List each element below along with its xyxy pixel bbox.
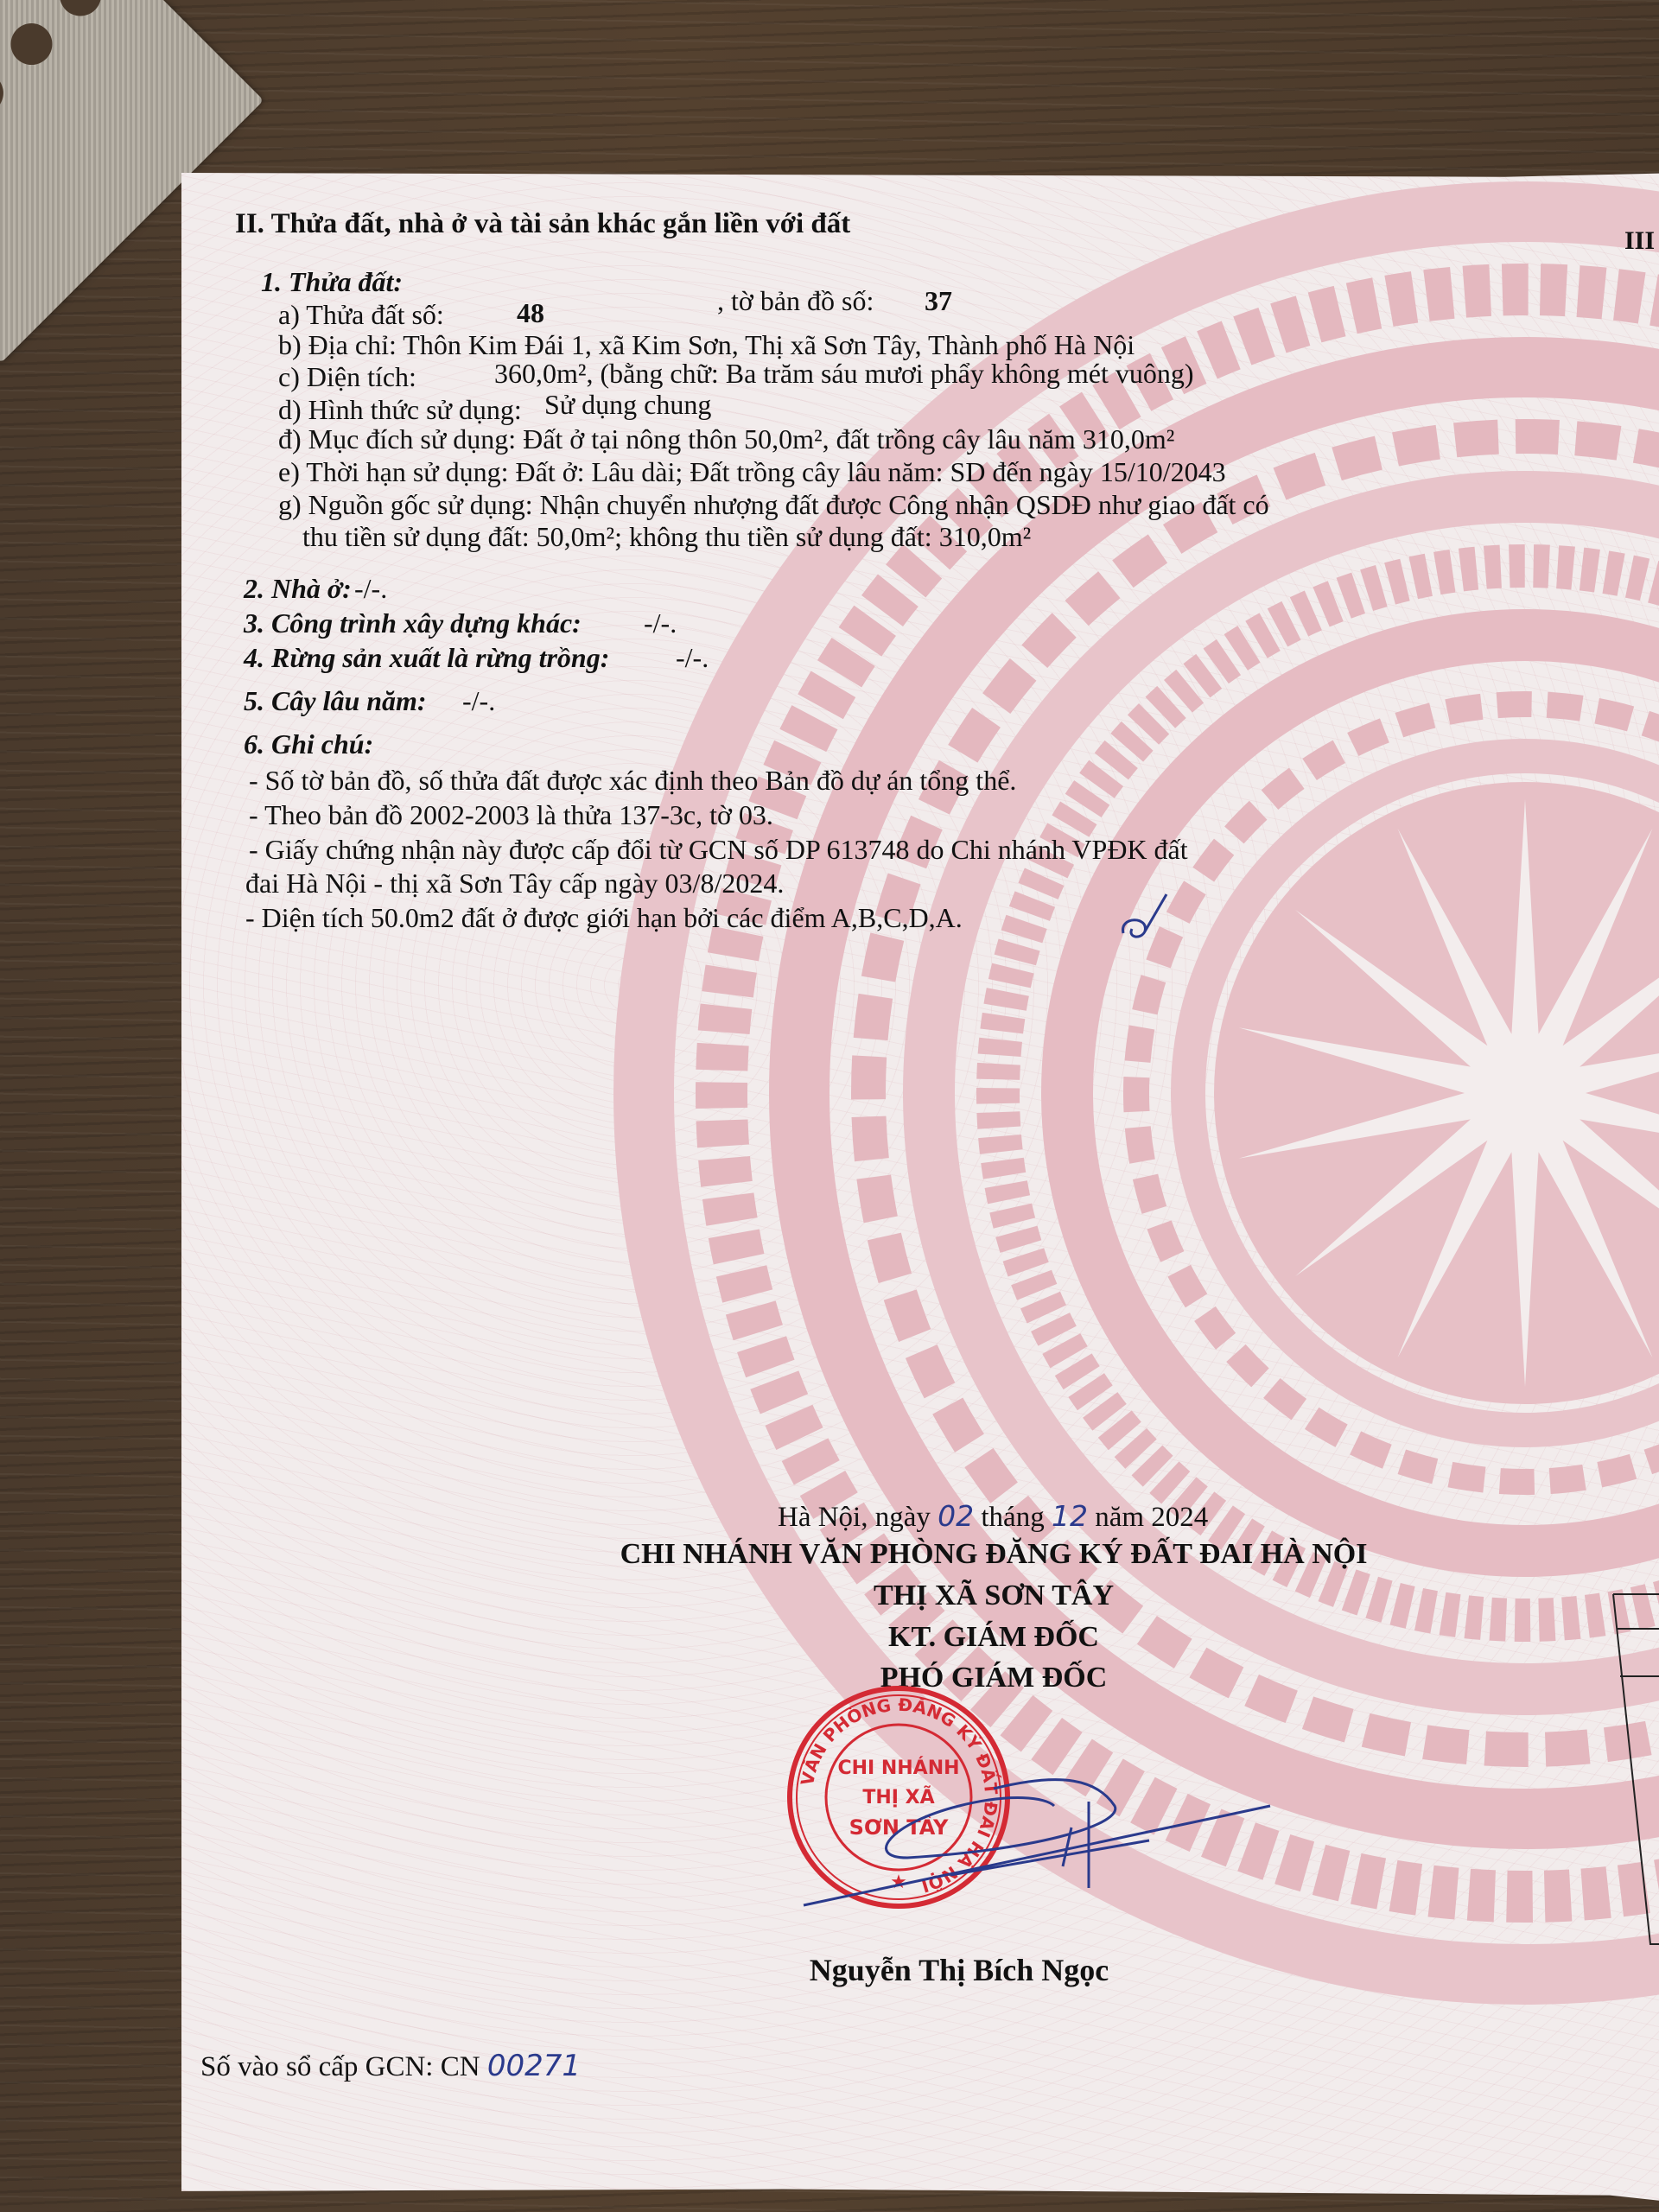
issuing-org-line1: CHI NHÁNH VĂN PHÒNG ĐĂNG KÝ ĐẤT ĐAI HÀ N… <box>562 1540 1426 1569</box>
section-title: II. Thửa đất, nhà ở và tài sản khác gắn … <box>235 210 850 238</box>
registry-handwritten-number: 00271 <box>487 2049 581 2083</box>
issue-month: 12 <box>1052 1499 1088 1533</box>
registry-number: Số vào sổ cấp GCN: CN 00271 <box>200 2049 581 2083</box>
usage-origin-line2: thu tiền sử dụng đất: 50,0m²; không thu … <box>302 523 1031 550</box>
usage-form-label: d) Hình thức sử dụng: <box>278 396 522 423</box>
note-line: - Theo bản đồ 2002-2003 là thửa 137-3c, … <box>249 801 773 829</box>
map-sheet-label: , tờ bản đồ số: <box>717 287 874 315</box>
other-construction-value: -/-. <box>644 609 677 637</box>
signer-role-line1: KT. GIÁM ĐỐC <box>562 1623 1426 1652</box>
planted-forest-value: -/-. <box>676 644 709 671</box>
issue-day: 02 <box>938 1499 974 1533</box>
land-certificate-page: II. Thửa đất, nhà ở và tài sản khác gắn … <box>181 173 1659 2203</box>
plot-number-value: 48 <box>517 299 544 327</box>
notes-heading: 6. Ghi chú: <box>244 730 373 758</box>
other-construction-label: 3. Công trình xây dựng khác: <box>244 609 582 637</box>
usage-origin-line1: g) Nguồn gốc sử dụng: Nhận chuyển nhượng… <box>278 491 1269 518</box>
plot-number-label: a) Thửa đất số: <box>278 301 444 328</box>
perennial-trees-label: 5. Cây lâu năm: <box>244 687 427 715</box>
usage-purpose: đ) Mục đích sử dụng: Đất ở tại nông thôn… <box>278 425 1174 453</box>
usage-term: e) Thời hạn sử dụng: Đất ở: Lâu dài; Đất… <box>278 458 1226 486</box>
note-line: đai Hà Nội - thị xã Sơn Tây cấp ngày 03/… <box>245 869 784 897</box>
issue-date: Hà Nội, ngày 02 tháng 12 năm 2024 <box>778 1499 1208 1534</box>
map-sheet-value: 37 <box>925 287 952 315</box>
land-plot-heading: 1. Thửa đất: <box>261 268 403 296</box>
house-value: -/-. <box>354 575 387 602</box>
note-line: - Số tờ bản đồ, số thửa đất được xác địn… <box>249 766 1016 794</box>
note-line: - Diện tích 50.0m2 đất ở được giới hạn b… <box>245 904 963 931</box>
usage-form-value: Sử dụng chung <box>544 391 711 418</box>
initial-mark-icon <box>1115 890 1175 942</box>
perennial-trees-value: -/-. <box>462 687 495 715</box>
address: b) Địa chỉ: Thôn Kim Đái 1, xã Kim Sơn, … <box>278 331 1135 359</box>
registry-label: Số vào sổ cấp GCN: CN <box>200 2051 480 2082</box>
next-section-heading: III <box>1624 228 1655 254</box>
note-line: - Giấy chứng nhận này được cấp đổi từ GC… <box>249 836 1188 863</box>
issuing-org-line2: THỊ XÃ SƠN TÂY <box>562 1581 1426 1611</box>
area-label: c) Diện tích: <box>278 363 416 391</box>
right-table-outline-icon <box>1611 1590 1659 1953</box>
house-label: 2. Nhà ở: <box>244 575 352 602</box>
planted-forest-label: 4. Rừng sản xuất là rừng trồng: <box>244 644 609 671</box>
handwritten-signature-icon <box>786 1754 1339 1927</box>
area-value: 360,0m², (bằng chữ: Ba trăm sáu mươi phẩ… <box>494 359 1194 387</box>
signer-name: Nguyễn Thị Bích Ngọc <box>648 1955 1270 1986</box>
